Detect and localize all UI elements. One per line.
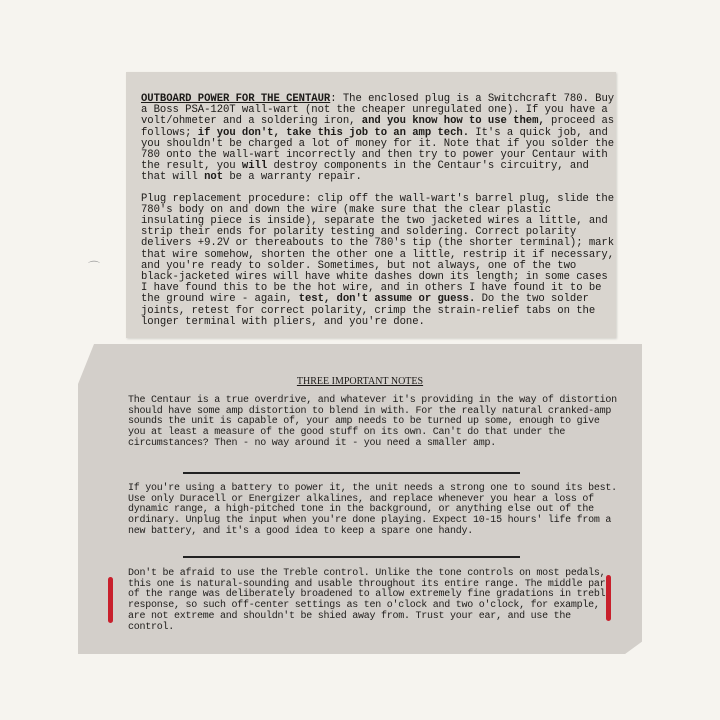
- procedure-paragraph: Plug replacement procedure: clip off the…: [141, 194, 616, 328]
- notes-title: THREE IMPORTANT NOTES: [78, 376, 642, 387]
- background-mark: ⌒: [88, 258, 100, 275]
- divider: [183, 556, 520, 558]
- outboard-power-sheet: OUTBOARD POWER FOR THE CENTAUR: The encl…: [126, 72, 616, 338]
- intro-paragraph: OUTBOARD POWER FOR THE CENTAUR: The encl…: [141, 94, 616, 184]
- note-overdrive: The Centaur is a true overdrive, and wha…: [128, 396, 618, 450]
- outboard-power-text: OUTBOARD POWER FOR THE CENTAUR: The encl…: [141, 94, 616, 338]
- divider: [183, 472, 520, 474]
- note-treble: Don't be afraid to use the Treble contro…: [128, 569, 618, 633]
- red-highlight-mark-right: [606, 575, 611, 621]
- section-heading: OUTBOARD POWER FOR THE CENTAUR: [141, 93, 330, 105]
- red-highlight-mark-left: [108, 577, 113, 623]
- important-notes-sheet: THREE IMPORTANT NOTES The Centaur is a t…: [78, 344, 642, 654]
- note-battery: If you're using a battery to power it, t…: [128, 484, 618, 538]
